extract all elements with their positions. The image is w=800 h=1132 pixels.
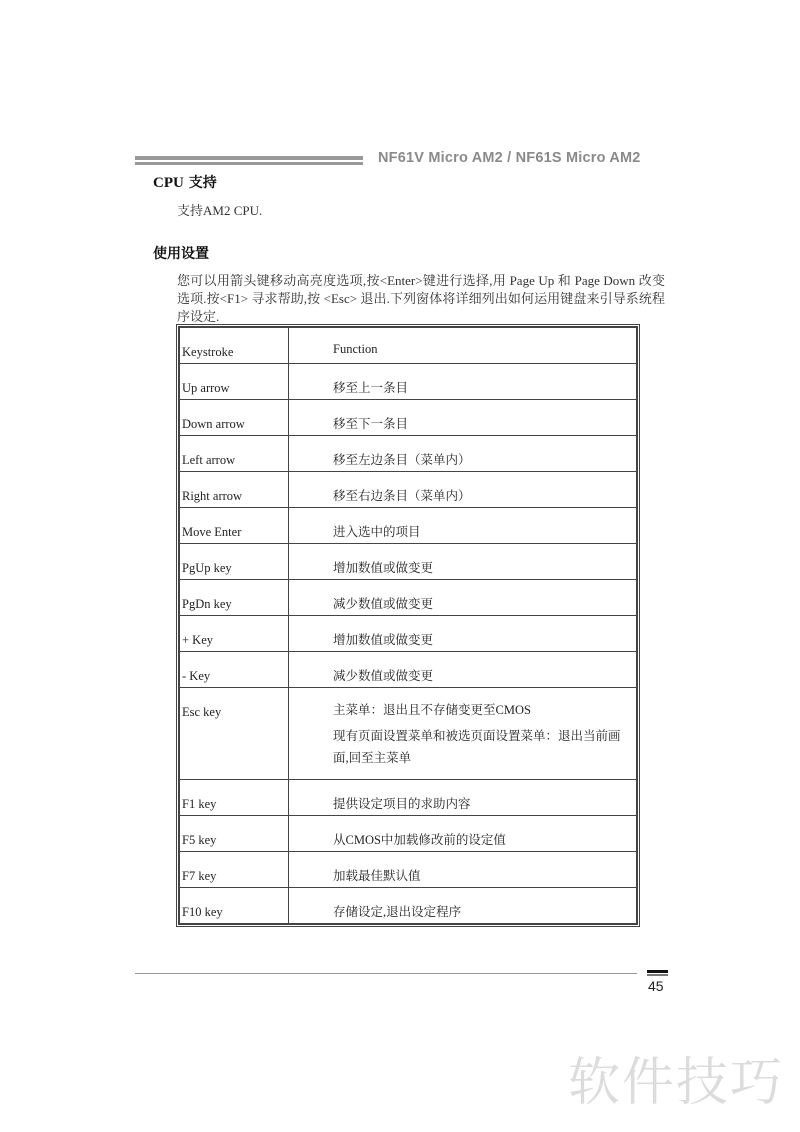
table-row: Left arrow 移至左边条目（菜单内）	[180, 436, 637, 472]
function-cell: 移至上一条目	[289, 364, 637, 400]
function-line: 面,回至主菜单	[333, 745, 636, 771]
header-rule-bottom	[135, 162, 363, 165]
function-cell: 加载最佳默认值	[289, 852, 637, 888]
table-row: F7 key 加载最佳默认值	[180, 852, 637, 888]
keystroke-table: Keystroke Function Up arrow 移至上一条目 Down …	[176, 324, 640, 927]
section-heading-setup: 使用设置	[153, 243, 209, 263]
function-cell: 移至下一条目	[289, 400, 637, 436]
table-row: F5 key 从CMOS中加载修改前的设定值	[180, 816, 637, 852]
function-cell: 提供设定项目的求助内容	[289, 780, 637, 816]
keystroke-cell: Right arrow	[180, 472, 289, 508]
table-row: F1 key 提供设定项目的求助内容	[180, 780, 637, 816]
table-row: F10 key 存储设定,退出设定程序	[180, 888, 637, 924]
keystroke-cell: Up arrow	[180, 364, 289, 400]
table-row: Right arrow 移至右边条目（菜单内）	[180, 472, 637, 508]
keystroke-cell: F5 key	[180, 816, 289, 852]
keystroke-cell: Esc key	[180, 688, 289, 780]
function-cell: 增加数值或做变更	[289, 616, 637, 652]
function-cell: 减少数值或做变更	[289, 580, 637, 616]
keystroke-cell: Down arrow	[180, 400, 289, 436]
function-cell-multiline: 主菜单：退出且不存储变更至CMOS 现有页面设置菜单和被选页面设置菜单：退出当前…	[289, 688, 637, 780]
keystroke-cell: Left arrow	[180, 436, 289, 472]
function-line: 现有页面设置菜单和被选页面设置菜单：退出当前画	[333, 727, 636, 745]
function-cell: 减少数值或做变更	[289, 652, 637, 688]
cpu-support-text: 支持AM2 CPU.	[177, 200, 262, 219]
function-cell: 进入选中的项目	[289, 508, 637, 544]
page-number: 45	[648, 978, 664, 994]
keystroke-cell: F7 key	[180, 852, 289, 888]
footer-rule	[135, 973, 637, 974]
keystroke-cell: F10 key	[180, 888, 289, 924]
watermark-text: 软件技巧	[568, 1040, 784, 1115]
header-double-rule	[135, 156, 363, 165]
function-cell: 存储设定,退出设定程序	[289, 888, 637, 924]
header-keystroke: Keystroke	[180, 328, 289, 364]
function-cell: 移至左边条目（菜单内）	[289, 436, 637, 472]
table-row: Down arrow 移至下一条目	[180, 400, 637, 436]
table-header-row: Keystroke Function	[180, 328, 637, 364]
table-row: + Key 增加数值或做变更	[180, 616, 637, 652]
function-cell: 从CMOS中加载修改前的设定值	[289, 816, 637, 852]
function-cell: 移至右边条目（菜单内）	[289, 472, 637, 508]
header-rule-top	[135, 156, 363, 160]
table-row: - Key 减少数值或做变更	[180, 652, 637, 688]
keystroke-cell: PgUp key	[180, 544, 289, 580]
keystroke-cell: F1 key	[180, 780, 289, 816]
section-heading-cpu: CPU 支持	[153, 172, 217, 192]
setup-intro-paragraph: 您可以用箭头键移动高亮度选项,按<Enter>键进行选择,用 Page Up 和…	[177, 272, 665, 326]
table-row: PgDn key 减少数值或做变更	[180, 580, 637, 616]
section-heading-cpu-cn: 支持	[189, 175, 217, 191]
keystroke-cell: + Key	[180, 616, 289, 652]
header-function: Function	[289, 328, 637, 364]
table-row: Up arrow 移至上一条目	[180, 364, 637, 400]
function-cell: 增加数值或做变更	[289, 544, 637, 580]
footer-page-marker-secondary	[647, 974, 668, 976]
footer-page-marker	[647, 970, 668, 973]
keystroke-cell: PgDn key	[180, 580, 289, 616]
section-heading-cpu-latin: CPU	[153, 175, 184, 191]
table-row-esc: Esc key 主菜单：退出且不存储变更至CMOS 现有页面设置菜单和被选页面设…	[180, 688, 637, 780]
table-row: PgUp key 增加数值或做变更	[180, 544, 637, 580]
keystroke-cell: Move Enter	[180, 508, 289, 544]
keystroke-cell: - Key	[180, 652, 289, 688]
table-row: Move Enter 进入选中的项目	[180, 508, 637, 544]
function-line: 主菜单：退出且不存储变更至CMOS	[333, 701, 636, 719]
running-header-title: NF61V Micro AM2 / NF61S Micro AM2	[378, 150, 641, 166]
